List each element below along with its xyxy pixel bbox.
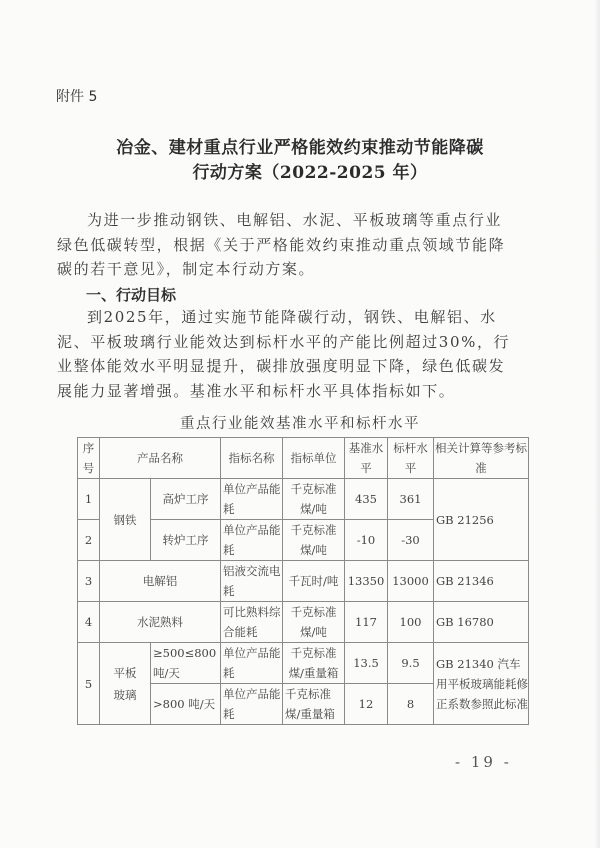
header-baseline: 基准水平	[345, 438, 388, 479]
cell-unit: 千克标准煤/吨	[283, 479, 345, 520]
cell-baseline: 13.5	[345, 643, 388, 684]
table-row: 3 电解铝 铝液交流电耗 千瓦时/吨 13350 13000 GB 21346	[78, 561, 529, 602]
cell-group: 钢铁	[100, 479, 151, 561]
cell-unit: 千克标准煤/吨	[283, 602, 345, 643]
cell-benchmark: 13000	[388, 561, 434, 602]
table-row: 4 水泥熟料 可比熟料综合能耗 千克标准煤/吨 117 100 GB 16780	[78, 602, 529, 643]
cell-indicator: 可比熟料综合能耗	[221, 602, 283, 643]
header-unit: 指标单位	[283, 438, 345, 479]
cell-benchmark: -30	[388, 520, 434, 561]
cell-seq: 5	[78, 643, 100, 725]
cell-product: 高炉工序	[151, 479, 221, 520]
cell-product: ≥500≤800吨/天	[151, 643, 221, 684]
section-paragraph: 到2025年，通过实施节能降碳行动，钢铁、电解铝、水泥、平板玻璃行业能效达到标杆…	[57, 305, 517, 403]
cell-indicator: 单位产品能耗	[221, 479, 283, 520]
cell-benchmark: 361	[388, 479, 434, 520]
cell-product: 转炉工序	[151, 520, 221, 561]
header-indicator: 指标名称	[221, 438, 283, 479]
header-seq: 序号	[78, 438, 100, 479]
cell-indicator: 铝液交流电耗	[221, 561, 283, 602]
cell-baseline: 12	[345, 684, 388, 725]
cell-seq: 4	[78, 602, 100, 643]
cell-baseline: 435	[345, 479, 388, 520]
header-standard: 相关计算等参考标准	[434, 438, 529, 479]
table-row: 5 平板玻璃 ≥500≤800吨/天 单位产品能耗 千克标准煤/重量箱 13.5…	[78, 643, 529, 684]
cell-group: 平板玻璃	[100, 643, 151, 725]
cell-baseline: 13350	[345, 561, 388, 602]
cell-standard: GB 21340 汽车用平板玻璃能耗修正系数参照此标准	[434, 643, 529, 725]
efficiency-table: 序号 产品名称 指标名称 指标单位 基准水平 标杆水平 相关计算等参考标准 1 …	[77, 437, 529, 725]
cell-unit: 千克标准煤/重量箱	[283, 684, 345, 725]
table-row: 1 钢铁 高炉工序 单位产品能耗 千克标准煤/吨 435 361 GB 2125…	[78, 479, 529, 520]
cell-benchmark: 100	[388, 602, 434, 643]
cell-benchmark: 8	[388, 684, 434, 725]
cell-indicator: 单位产品能耗	[221, 684, 283, 725]
page-number: - 19 -	[455, 753, 512, 771]
cell-unit: 千瓦时/吨	[283, 561, 345, 602]
cell-standard: GB 16780	[434, 602, 529, 643]
cell-seq: 2	[78, 520, 100, 561]
cell-benchmark: 9.5	[388, 643, 434, 684]
cell-indicator: 单位产品能耗	[221, 643, 283, 684]
cell-product: >800 吨/天	[151, 684, 221, 725]
cell-indicator: 单位产品能耗	[221, 520, 283, 561]
cell-standard: GB 21256	[434, 479, 529, 561]
section-heading: 一、行动目标	[86, 284, 176, 305]
cell-baseline: 117	[345, 602, 388, 643]
cell-product: 水泥熟料	[100, 602, 221, 643]
cell-unit: 千克标准煤/重量箱	[283, 643, 345, 684]
table-header-row: 序号 产品名称 指标名称 指标单位 基准水平 标杆水平 相关计算等参考标准	[78, 438, 529, 479]
cell-product: 电解铝	[100, 561, 221, 602]
attachment-label: 附件 5	[56, 86, 97, 106]
document-title-line1: 冶金、建材重点行业严格能效约束推动节能降碳	[0, 133, 600, 158]
header-benchmark: 标杆水平	[388, 438, 434, 479]
cell-seq: 1	[78, 479, 100, 520]
header-product: 产品名称	[100, 438, 221, 479]
cell-seq: 3	[78, 561, 100, 602]
intro-paragraph: 为进一步推动钢铁、电解铝、水泥、平板玻璃等重点行业绿色低碳转型，根据《关于严格能…	[57, 208, 517, 282]
table-caption: 重点行业能效基准水平和标杆水平	[0, 412, 600, 433]
cell-unit: 千克标准煤/吨	[283, 520, 345, 561]
cell-standard: GB 21346	[434, 561, 529, 602]
document-title-line2: 行动方案（2022-2025 年）	[10, 158, 600, 183]
cell-baseline: -10	[345, 520, 388, 561]
